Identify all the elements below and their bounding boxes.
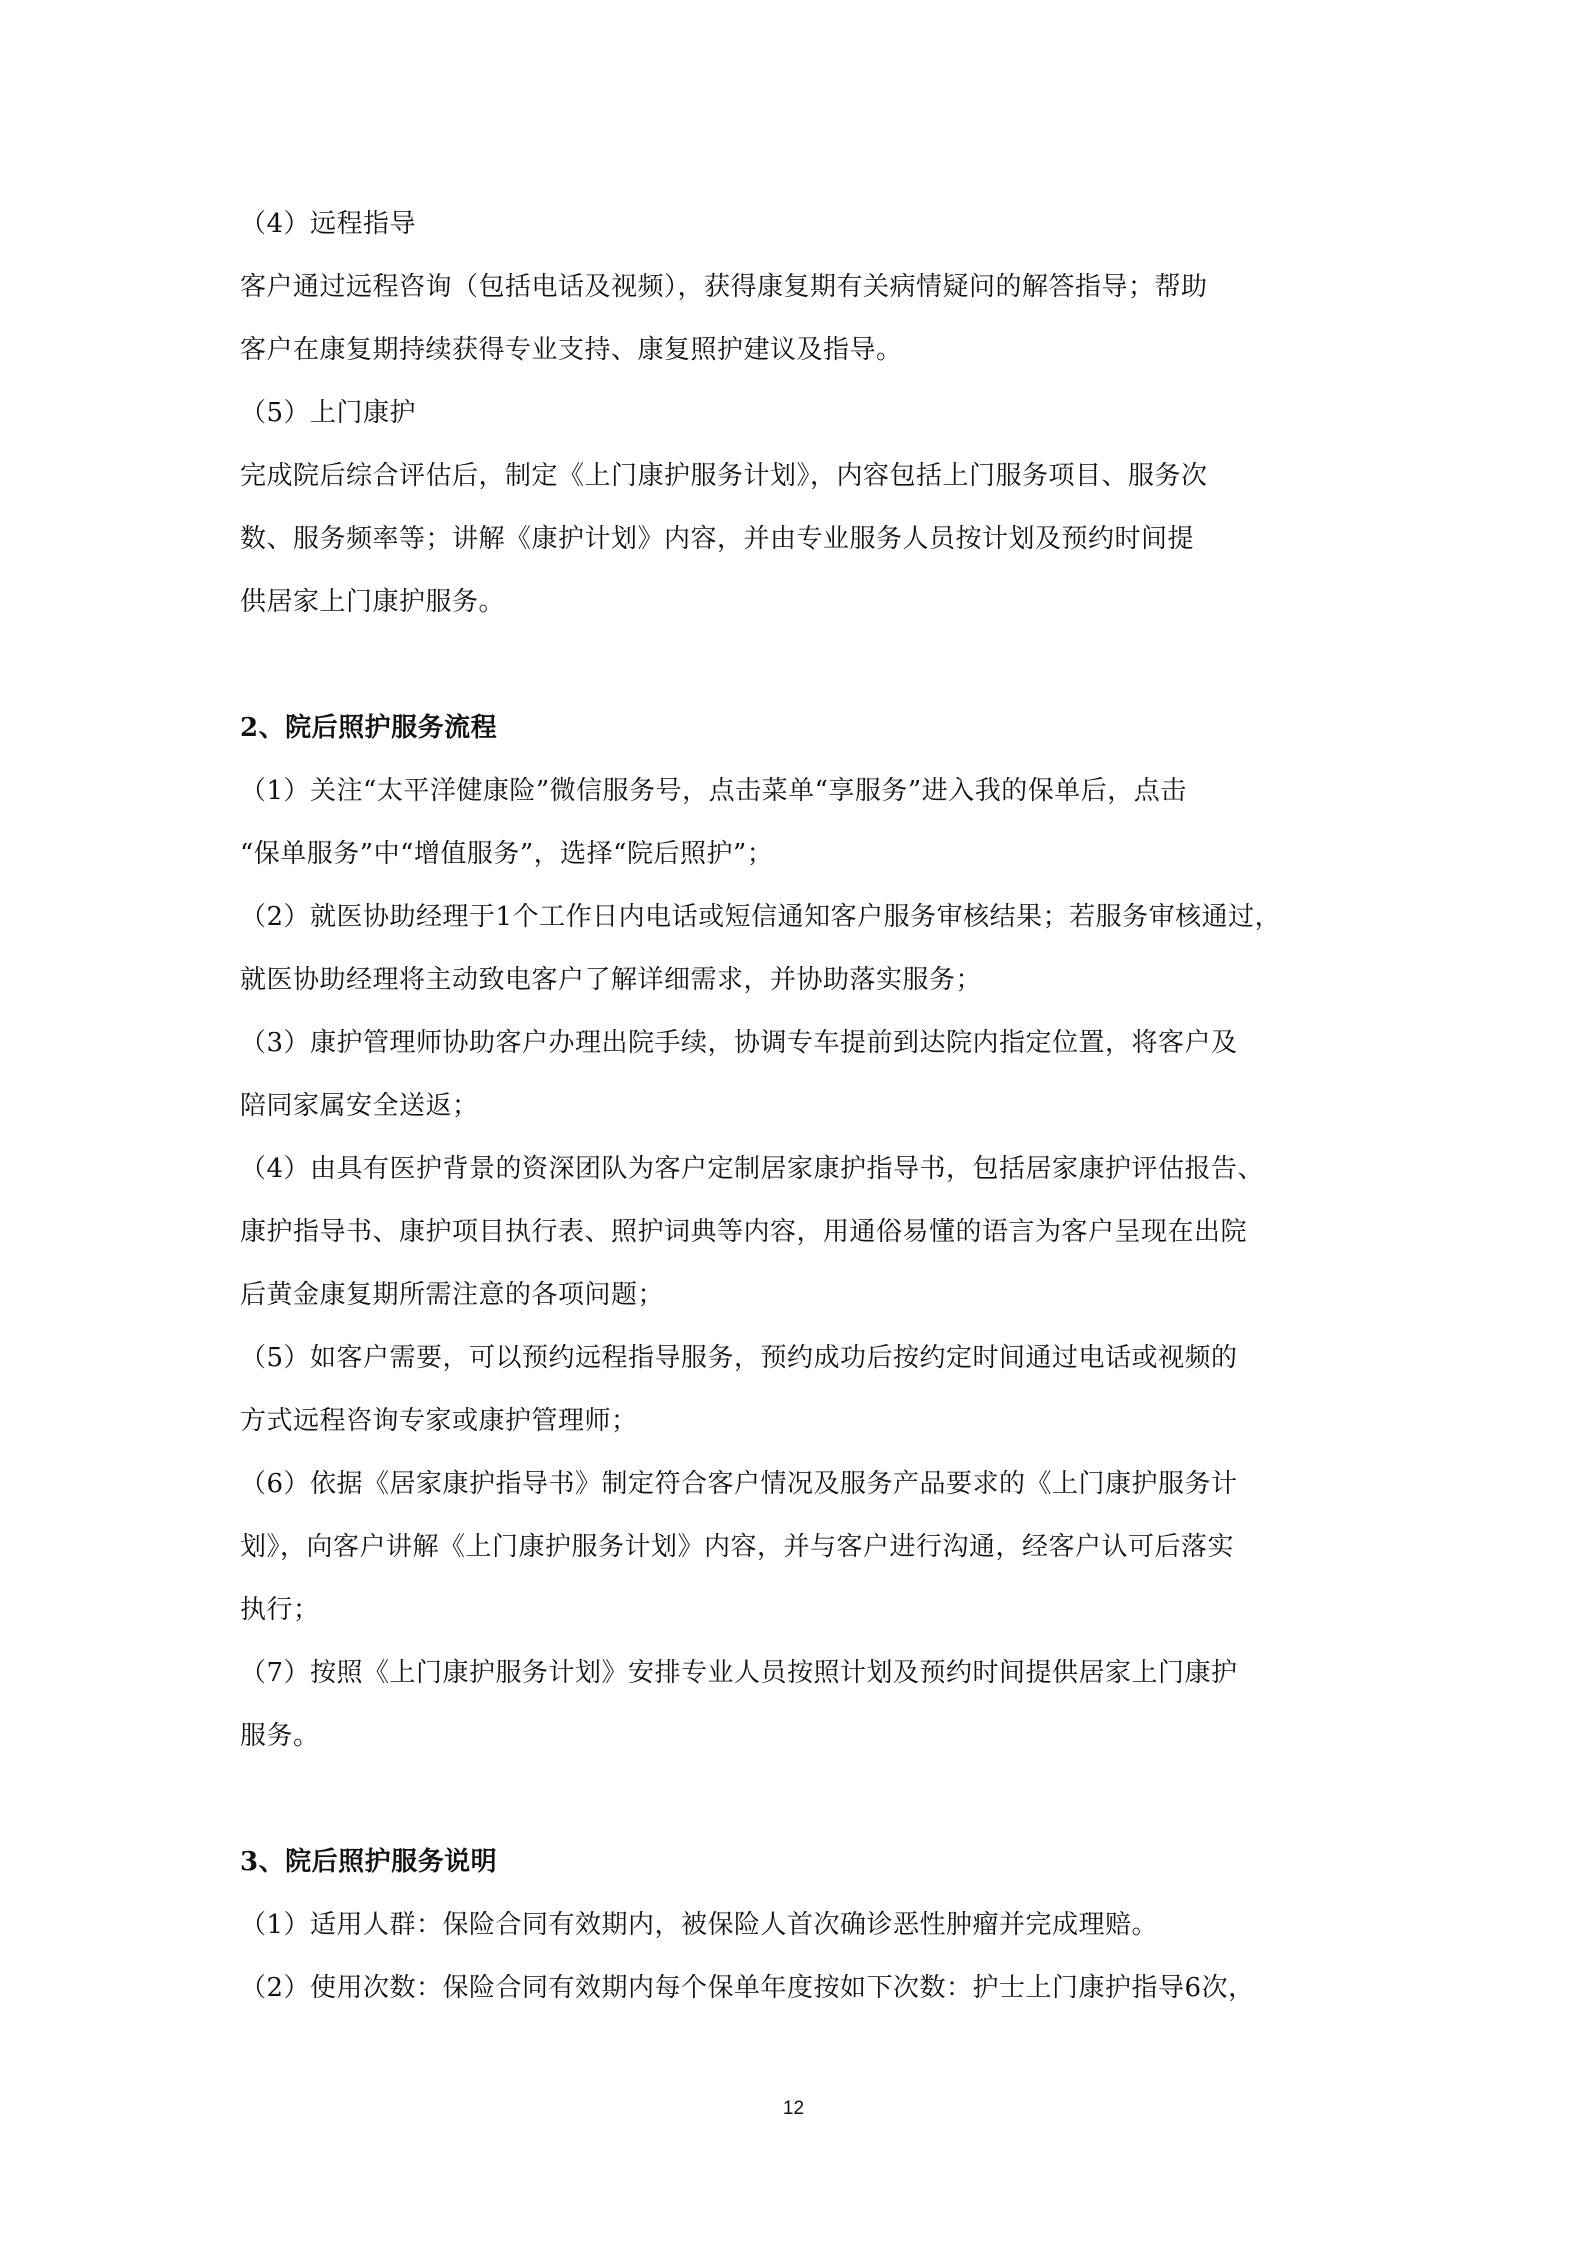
paragraph-line: 完成院后综合评估后，制定《上门康护服务计划》，内容包括上门服务项目、服务次 bbox=[240, 459, 1208, 493]
paragraph-line: 陪同家属安全送返； bbox=[240, 1089, 479, 1123]
paragraph-line: 方式远程咨询专家或康护管理师； bbox=[240, 1404, 638, 1438]
subheading-home-care: （5）上门康护 bbox=[240, 396, 416, 430]
paragraph-line: “保单服务”中“增值服务”，选择“院后照护”； bbox=[240, 837, 773, 871]
section-heading-service-description: 3、院后照护服务说明 bbox=[240, 1845, 497, 1879]
subheading-remote-guidance: （4）远程指导 bbox=[240, 207, 416, 241]
document-page: （4）远程指导 客户通过远程咨询（包括电话及视频），获得康复期有关病情疑问的解答… bbox=[0, 0, 1587, 2245]
paragraph-line: （2）使用次数：保险合同有效期内每个保单年度按如下次数：护士上门康护指导6次， bbox=[240, 1971, 1255, 2005]
paragraph-line: 客户在康复期持续获得专业支持、康复照护建议及指导。 bbox=[240, 333, 903, 367]
paragraph-line: （2）就医协助经理于1个工作日内电话或短信通知客户服务审核结果；若服务审核通过， bbox=[240, 900, 1281, 934]
paragraph-line: （1）关注“太平洋健康险”微信服务号，点击菜单“享服务”进入我的保单后，点击 bbox=[240, 774, 1187, 808]
paragraph-line: 客户通过远程咨询（包括电话及视频），获得康复期有关病情疑问的解答指导；帮助 bbox=[240, 270, 1208, 304]
page-number: 12 bbox=[0, 2098, 1587, 2120]
paragraph-line: 数、服务频率等；讲解《康护计划》内容，并由专业服务人员按计划及预约时间提 bbox=[240, 522, 1194, 556]
paragraph-line: 康护指导书、康护项目执行表、照护词典等内容，用通俗易懂的语言为客户呈现在出院 bbox=[240, 1215, 1247, 1249]
paragraph-line: 供居家上门康护服务。 bbox=[240, 585, 505, 619]
paragraph-line: （7）按照《上门康护服务计划》安排专业人员按照计划及预约时间提供居家上门康护 bbox=[240, 1656, 1238, 1690]
paragraph-line: （3）康护管理师协助客户办理出院手续，协调专车提前到达院内指定位置，将客户及 bbox=[240, 1026, 1238, 1060]
paragraph-line: 后黄金康复期所需注意的各项问题； bbox=[240, 1278, 664, 1312]
paragraph-line: （1）适用人群：保险合同有效期内，被保险人首次确诊恶性肿瘤并完成理赔。 bbox=[240, 1908, 1158, 1942]
paragraph-line: 服务。 bbox=[240, 1719, 320, 1753]
section-heading-service-process: 2、院后照护服务流程 bbox=[240, 711, 497, 745]
paragraph-line: （4）由具有医护背景的资深团队为客户定制居家康护指导书，包括居家康护评估报告、 bbox=[240, 1152, 1264, 1186]
paragraph-line: 执行； bbox=[240, 1593, 320, 1627]
paragraph-line: （5）如客户需要，可以预约远程指导服务，预约成功后按约定时间通过电话或视频的 bbox=[240, 1341, 1238, 1375]
paragraph-line: 划》，向客户讲解《上门康护服务计划》内容，并与客户进行沟通，经客户认可后落实 bbox=[240, 1530, 1234, 1564]
paragraph-line: 就医协助经理将主动致电客户了解详细需求，并协助落实服务； bbox=[240, 963, 982, 997]
paragraph-line: （6）依据《居家康护指导书》制定符合客户情况及服务产品要求的《上门康护服务计 bbox=[240, 1467, 1238, 1501]
